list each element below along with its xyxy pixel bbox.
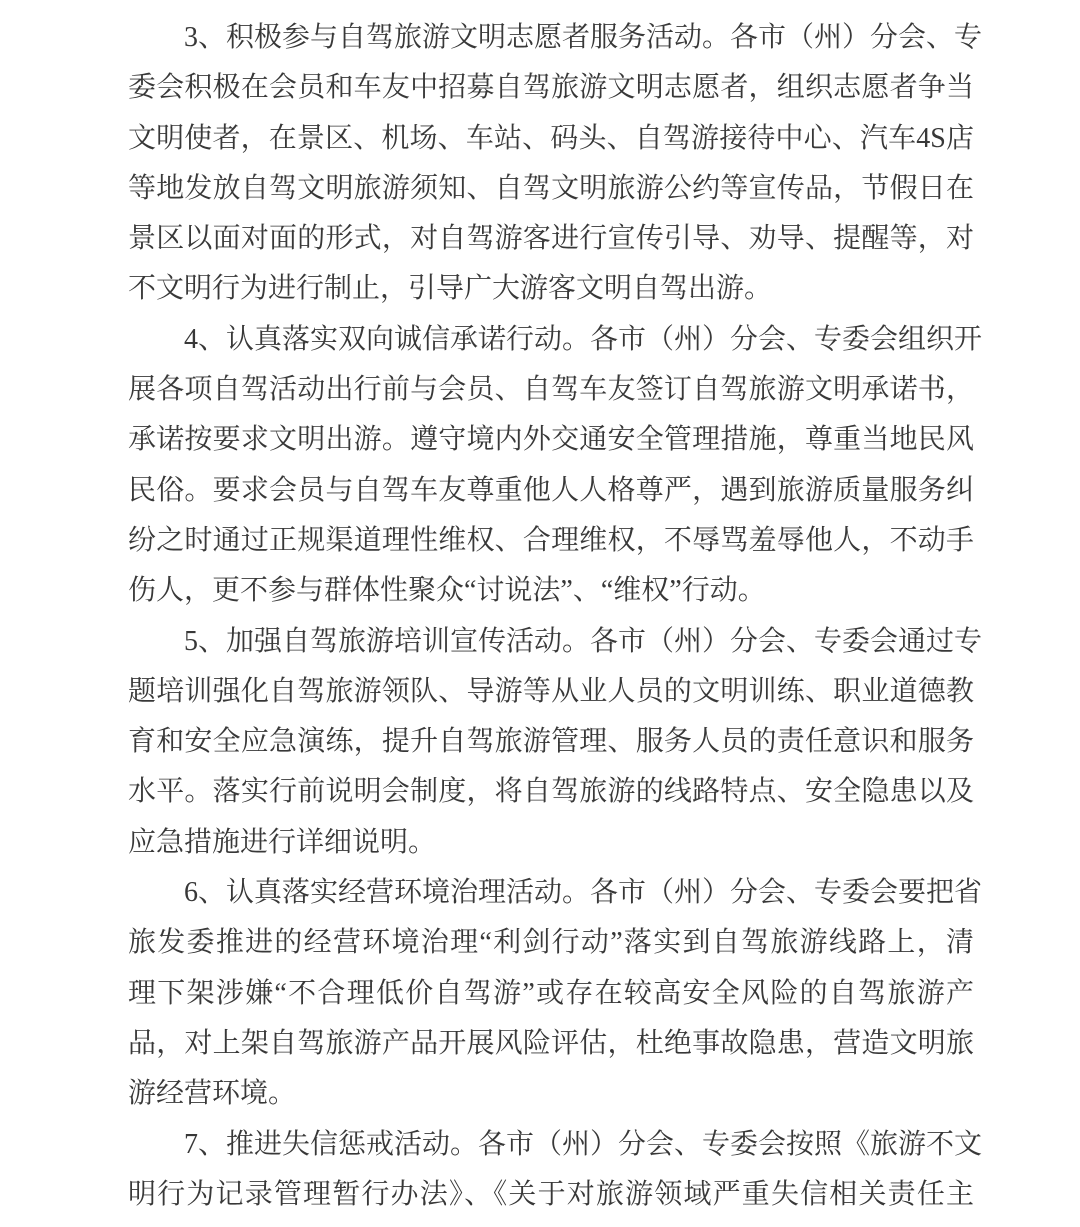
para4-line1: 4、认真落实双向诚信承诺行动。各市（州）分会、专委会组织开 (128, 315, 974, 365)
para4-line3: 承诺按要求文明出游。遵守境内外交通安全管理措施，尊重当地民风 (128, 415, 974, 465)
para6-line5: 游经营环境。 (128, 1069, 974, 1119)
para3-line2: 委会积极在会员和车友中招募自驾旅游文明志愿者，组织志愿者争当 (128, 63, 974, 113)
para3-line4: 等地发放自驾文明旅游须知、自驾文明旅游公约等宣传品，节假日在 (128, 164, 974, 214)
document-page: 3、积极参与自驾旅游文明志愿者服务活动。各市（州）分会、专 委会积极在会员和车友… (0, 0, 1080, 1227)
para4-line2: 展各项自驾活动出行前与会员、自驾车友签订自驾旅游文明承诺书， (128, 365, 974, 415)
para7-line2: 明行为记录管理暂行办法》、《关于对旅游领域严重失信相关责任主 (128, 1170, 974, 1220)
para5-line1: 5、加强自驾旅游培训宣传活动。各市（州）分会、专委会通过专 (128, 617, 974, 667)
para6-line3: 理下架涉嫌“不合理低价自驾游”或存在较高安全风险的自驾旅游产 (128, 969, 974, 1019)
para5-line3: 育和安全应急演练，提升自驾旅游管理、服务人员的责任意识和服务 (128, 717, 974, 767)
para6-line1: 6、认真落实经营环境治理活动。各市（州）分会、专委会要把省 (128, 868, 974, 918)
para3-line3: 文明使者，在景区、机场、车站、码头、自驾游接待中心、汽车4S店 (128, 114, 974, 164)
para5-line5: 应急措施进行详细说明。 (128, 818, 974, 868)
para5-line2: 题培训强化自驾旅游领队、导游等从业人员的文明训练、职业道德教 (128, 667, 974, 717)
para5-line4: 水平。落实行前说明会制度，将自驾旅游的线路特点、安全隐患以及 (128, 767, 974, 817)
para4-line6: 伤人，更不参与群体性聚众“讨说法”、“维权”行动。 (128, 566, 974, 616)
para3-line5: 景区以面对面的形式，对自驾游客进行宣传引导、劝导、提醒等，对 (128, 214, 974, 264)
para6-line4: 品，对上架自驾旅游产品开展风险评估，杜绝事故隐患，营造文明旅 (128, 1019, 974, 1069)
para4-line4: 民俗。要求会员与自驾车友尊重他人人格尊严，遇到旅游质量服务纠 (128, 466, 974, 516)
para4-line5: 纷之时通过正规渠道理性维权、合理维权，不辱骂羞辱他人，不动手 (128, 516, 974, 566)
para3-line6: 不文明行为进行制止，引导广大游客文明自驾出游。 (128, 264, 974, 314)
para7-line1: 7、推进失信惩戒活动。各市（州）分会、专委会按照《旅游不文 (128, 1120, 974, 1170)
para6-line2: 旅发委推进的经营环境治理“利剑行动”落实到自驾旅游线路上，清 (128, 918, 974, 968)
para3-line1: 3、积极参与自驾旅游文明志愿者服务活动。各市（州）分会、专 (128, 13, 974, 63)
